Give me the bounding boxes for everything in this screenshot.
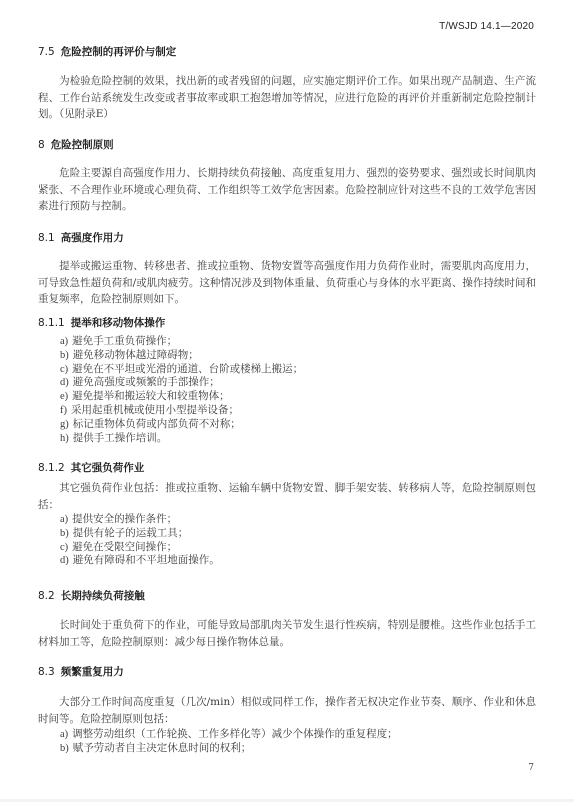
paragraph-8-2: 长时间处于重负荷下的作业，可能导致局部肌肉关节发生退行性疾病，特别是腰椎。这些作… [38,617,536,650]
heading-number: 8.1.1 [38,317,65,329]
list-item: e)避免提举和搬运较大和较重物体； [60,390,303,404]
heading-title: 高强度作用力 [61,232,124,244]
heading-8-1: 8.1高强度作用力 [38,230,124,245]
heading-number: 8.2 [38,590,55,602]
list-8-1-1: a)避免手工重负荷操作； b)避免移动物体越过障碍物； c)避免在不平坦或光滑的… [60,335,303,445]
list-item: a)提供安全的操作条件； [60,513,220,527]
list-item: b)提供有轮子的运载工具； [60,527,220,541]
heading-8-1-1: 8.1.1提举和移动物体操作 [38,315,165,330]
heading-number: 8.1 [38,232,55,244]
heading-title: 危险控制原则 [51,139,114,151]
paragraph-8: 危险主要源自高强度作用力、长期持续负荷接触、高度重复用力、强烈的姿势要求、强烈或… [38,165,536,215]
list-item: b)赋予劳动者自主决定休息时间的权利； [60,742,398,756]
list-item: b)避免移动物体越过障碍物； [60,349,303,363]
heading-7-5: 7.5危险控制的再评价与制定 [38,44,176,59]
heading-title: 危险控制的再评价与制定 [61,46,177,58]
paragraph-8-3: 大部分工作时间高度重复（几次/min）相似或同样工作，操作者无权决定作业节奏、顺… [38,694,536,727]
document-page: T/WSJD 14.1—2020 7.5危险控制的再评价与制定 为检验危险控制的… [0,0,574,799]
paragraph-8-1-2: 其它强负荷作业包括：推或拉重物、运输车辆中货物安置、脚手架安装、转移病人等，危险… [38,480,536,513]
list-item: c)避免在不平坦或光滑的通道、台阶或楼梯上搬运； [60,363,303,377]
heading-title: 长期持续负荷接触 [61,590,145,602]
document-id-header: T/WSJD 14.1—2020 [439,21,534,32]
list-item: f)采用起重机械或使用小型提举设备； [60,404,303,418]
heading-title: 频繁重复用力 [61,666,124,678]
heading-title: 其它强负荷作业 [71,462,145,474]
heading-number: 8.3 [38,666,55,678]
heading-number: 7.5 [38,46,55,58]
list-item: a)避免手工重负荷操作； [60,335,303,349]
heading-8-1-2: 8.1.2其它强负荷作业 [38,460,144,475]
list-8-3: a)调整劳动组织（工作轮换、工作多样化等）减少个体操作的重复程度； b)赋予劳动… [60,728,398,756]
page-number: 7 [528,763,534,773]
paragraph-text: 提举或搬运重物、转移患者、推或拉重物、货物安置等高强度作用力负荷作业时，需要肌肉… [38,260,536,305]
list-item: g)标记重物体负荷或内部负荷不对称； [60,418,303,432]
list-8-1-2: a)提供安全的操作条件； b)提供有轮子的运载工具； c)避免在受限空间操作； … [60,513,220,568]
heading-8-2: 8.2长期持续负荷接触 [38,588,145,603]
heading-8-3: 8.3频繁重复用力 [38,664,124,679]
heading-8: 8危险控制原则 [38,137,114,152]
paragraph-text: 其它强负荷作业包括：推或拉重物、运输车辆中货物安置、脚手架安装、转移病人等，危险… [38,482,536,511]
paragraph-text: 长时间处于重负荷下的作业，可能导致局部肌肉关节发生退行性疾病，特别是腰椎。这些作… [38,619,536,648]
heading-title: 提举和移动物体操作 [71,317,166,329]
paragraph-text: 危险主要源自高强度作用力、长期持续负荷接触、高度重复用力、强烈的姿势要求、强烈或… [38,167,536,212]
list-item: d)避免高强度或频繁的手部操作； [60,376,303,390]
heading-number: 8 [38,139,45,151]
paragraph-text: 大部分工作时间高度重复（几次/min）相似或同样工作，操作者无权决定作业节奏、顺… [38,696,536,725]
heading-number: 8.1.2 [38,462,65,474]
paragraph-text: 为检验危险控制的效果，找出新的或者残留的问题，应实施定期评价工作。如果出现产品制… [38,75,536,120]
paragraph-7-5: 为检验危险控制的效果，找出新的或者残留的问题，应实施定期评价工作。如果出现产品制… [38,73,536,123]
list-item: a)调整劳动组织（工作轮换、工作多样化等）减少个体操作的重复程度； [60,728,398,742]
list-item: d)避免有障碍和不平坦地面操作。 [60,554,220,568]
list-item: h)提供手工操作培训。 [60,432,303,446]
list-item: c)避免在受限空间操作； [60,541,220,555]
paragraph-8-1: 提举或搬运重物、转移患者、推或拉重物、货物安置等高强度作用力负荷作业时，需要肌肉… [38,258,536,308]
